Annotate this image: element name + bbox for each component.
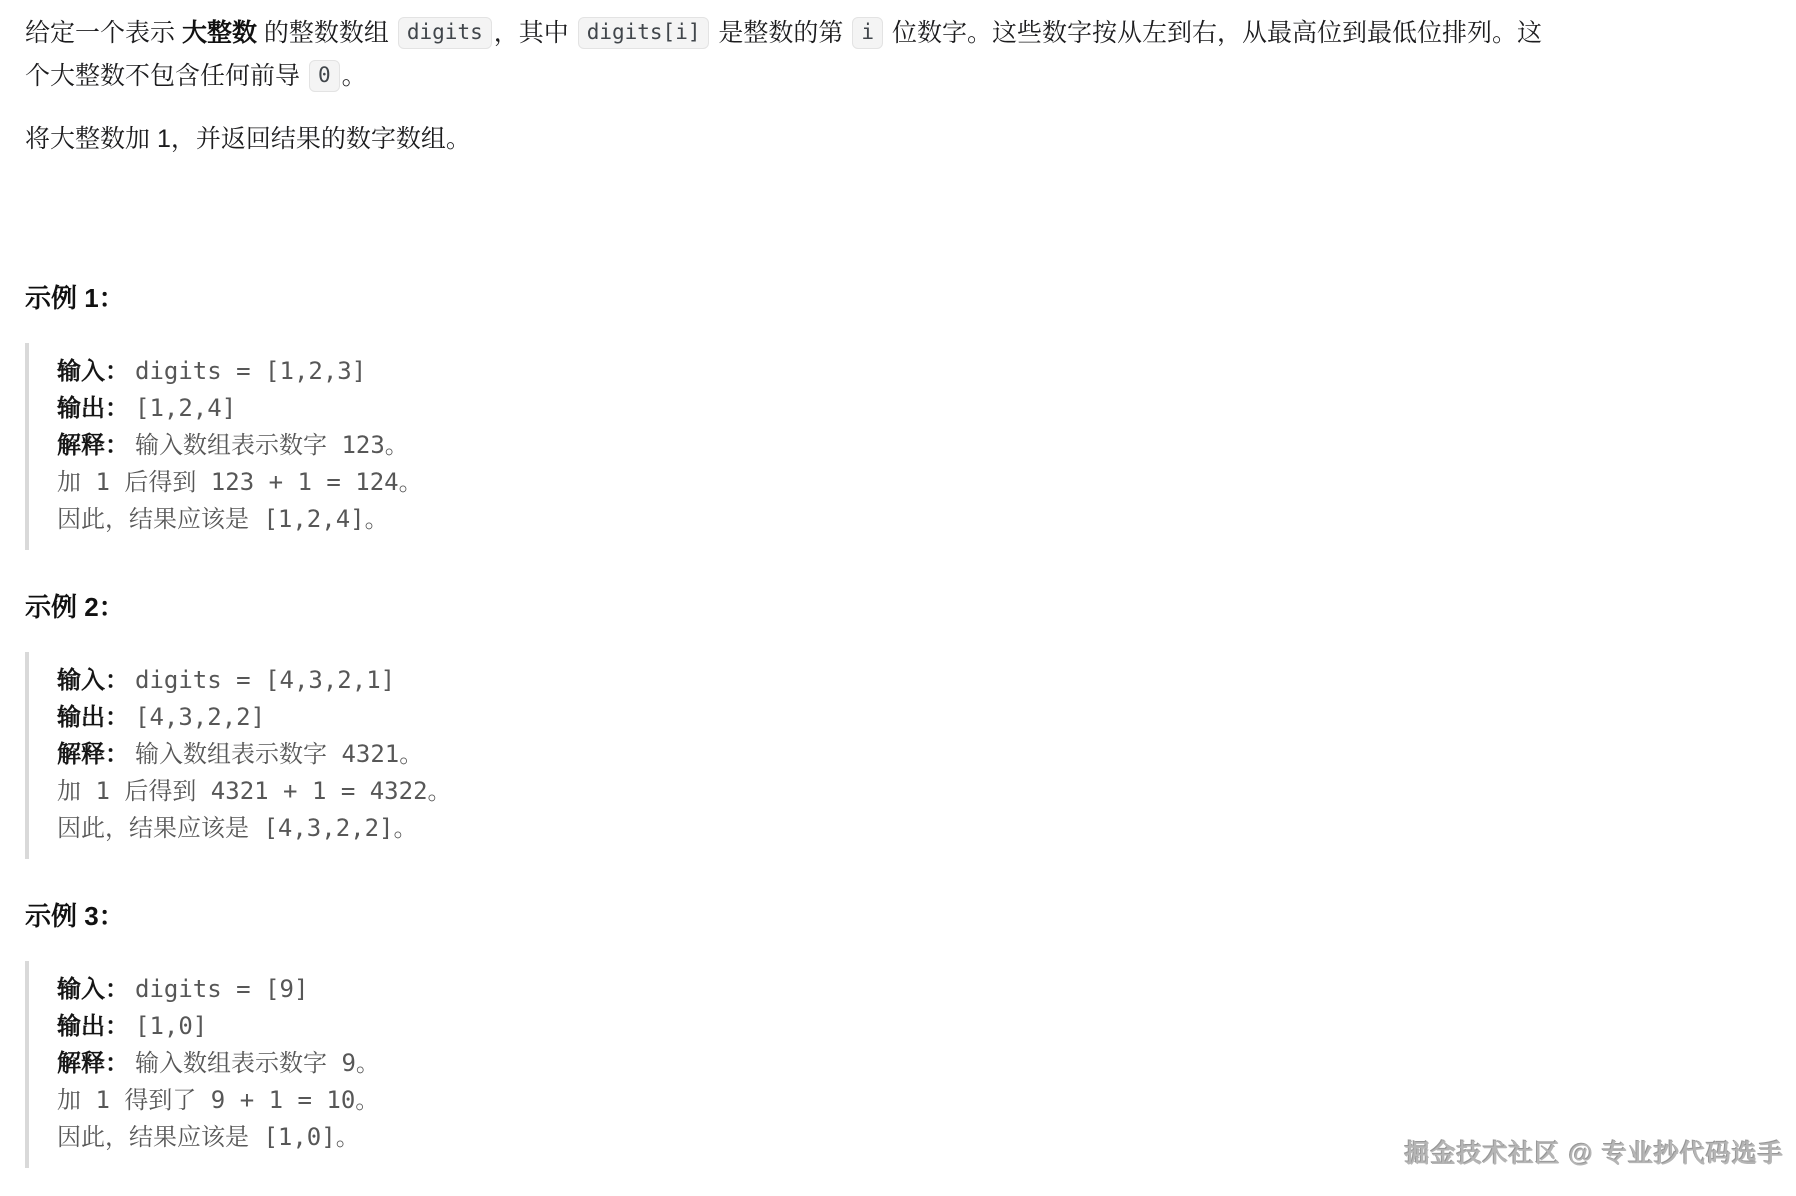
explanation-value: 因此，结果应该是 [4,3,2,2]。 [57, 814, 418, 842]
problem-description: 给定一个表示 大整数 的整数数组 digits，其中 digits[i] 是整数… [25, 12, 1555, 98]
input-value: digits = [4,3,2,1] [135, 666, 395, 694]
example-3-output-line: 输出：[1,0] [57, 1008, 1771, 1045]
example-1-input-line: 输入：digits = [1,2,3] [57, 353, 1771, 390]
example-2-block: 输入：digits = [4,3,2,1] 输出：[4,3,2,2] 解释：输入… [25, 652, 1771, 859]
output-label: 输出： [57, 1013, 129, 1040]
inline-code-zero: 0 [309, 60, 340, 92]
input-value: digits = [1,2,3] [135, 357, 366, 385]
example-2-explanation-line-2: 加 1 后得到 4321 + 1 = 4322。 [57, 773, 1771, 810]
example-1-explanation-line-3: 因此，结果应该是 [1,2,4]。 [57, 501, 1771, 538]
description-text: 是整数的第 [711, 19, 850, 47]
output-value: [1,2,4] [135, 394, 236, 422]
big-integer-bold-text: 大整数 [182, 19, 257, 47]
example-3-input-line: 输入：digits = [9] [57, 971, 1771, 1008]
output-label: 输出： [57, 704, 129, 731]
problem-document: 给定一个表示 大整数 的整数数组 digits，其中 digits[i] 是整数… [0, 0, 1796, 1196]
input-label: 输入： [57, 976, 129, 1003]
description-text: 的整数数组 [257, 19, 396, 47]
example-2-title: 示例 2： [25, 590, 1771, 624]
example-2-output-line: 输出：[4,3,2,2] [57, 699, 1771, 736]
explanation-value: 加 1 后得到 4321 + 1 = 4322。 [57, 777, 452, 805]
inline-code-digits-i: digits[i] [578, 17, 710, 49]
input-label: 输入： [57, 667, 129, 694]
example-1-title: 示例 1： [25, 281, 1771, 315]
explanation-value: 输入数组表示数字 9。 [135, 1049, 380, 1077]
example-2-explanation-line: 解释：输入数组表示数字 4321。 [57, 736, 1771, 773]
example-1-explanation-line: 解释：输入数组表示数字 123。 [57, 427, 1771, 464]
explanation-value: 输入数组表示数字 4321。 [135, 740, 423, 768]
description-text: 给定一个表示 [25, 19, 182, 47]
juejin-watermark: 掘金技术社区 @ 专业抄代码选手 [1405, 1134, 1784, 1170]
input-label: 输入： [57, 358, 129, 385]
example-2-input-line: 输入：digits = [4,3,2,1] [57, 662, 1771, 699]
explanation-value: 因此，结果应该是 [1,2,4]。 [57, 505, 389, 533]
example-1-output-line: 输出：[1,2,4] [57, 390, 1771, 427]
inline-code-i: i [852, 17, 883, 49]
explanation-value: 加 1 后得到 123 + 1 = 124。 [57, 468, 423, 496]
explanation-label: 解释： [57, 741, 129, 768]
example-3-explanation-line: 解释：输入数组表示数字 9。 [57, 1045, 1771, 1082]
example-3-title: 示例 3： [25, 899, 1771, 933]
explanation-value: 加 1 得到了 9 + 1 = 10。 [57, 1086, 379, 1114]
description-text: 。 [342, 62, 367, 90]
example-2-explanation-line-3: 因此，结果应该是 [4,3,2,2]。 [57, 810, 1771, 847]
example-3-explanation-line-2: 加 1 得到了 9 + 1 = 10。 [57, 1082, 1771, 1119]
output-value: [1,0] [135, 1012, 207, 1040]
explanation-value: 因此，结果应该是 [1,0]。 [57, 1123, 360, 1151]
explanation-value: 输入数组表示数字 123。 [135, 431, 409, 459]
explanation-label: 解释： [57, 1050, 129, 1077]
input-value: digits = [9] [135, 975, 308, 1003]
example-1-explanation-line-2: 加 1 后得到 123 + 1 = 124。 [57, 464, 1771, 501]
explanation-label: 解释： [57, 432, 129, 459]
task-statement: 将大整数加 1，并返回结果的数字数组。 [25, 118, 1555, 161]
inline-code-digits: digits [398, 17, 492, 49]
output-label: 输出： [57, 395, 129, 422]
description-text: ，其中 [494, 19, 576, 47]
example-1-block: 输入：digits = [1,2,3] 输出：[1,2,4] 解释：输入数组表示… [25, 343, 1771, 550]
output-value: [4,3,2,2] [135, 703, 265, 731]
